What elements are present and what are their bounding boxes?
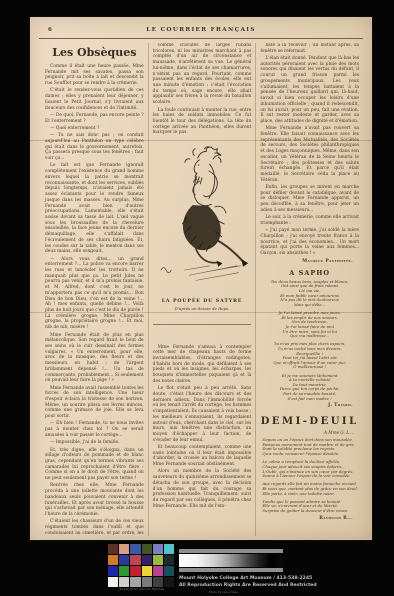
paragraph: Et, très digne, elle s'éloigna, dans un …	[45, 448, 144, 482]
paragraph: L'élan était donné. Pendant que là-bas l…	[260, 56, 359, 125]
article-signature: Maurice Pasthotte.	[260, 259, 353, 264]
paragraph: — Impossible, j'ai de la famille.	[45, 440, 144, 446]
paragraph: C'était le rendez-vous quotidien de ces …	[45, 88, 144, 111]
color-patch	[130, 577, 140, 587]
paragraph: — Tu ne sais donc pas ; on conduit aujou…	[45, 133, 144, 162]
poem1-body: Tes deux beaux bras, souples et blancs,O…	[260, 280, 359, 401]
satyr-figure: LA POUPÉE DU SATYRE D'après un dessin de…	[153, 139, 252, 325]
paragraph: C'étaient les chasseurs d'un de ces vieu…	[45, 519, 144, 536]
color-patch	[142, 544, 152, 554]
color-patch	[164, 555, 174, 565]
artist-monogram	[161, 268, 171, 273]
poem-line: S'est fait mon maître !	[260, 397, 359, 402]
paragraph: La foule continuait à monter la rue, ent…	[153, 108, 252, 137]
color-calibration-chart: Kodak Color Control Patches	[108, 544, 176, 591]
color-patch	[142, 566, 152, 576]
article-body-middle-top: comme cravates de larges rubans tricolor…	[153, 43, 252, 136]
color-patch	[164, 544, 174, 554]
paragraph: Comme il était une heure passée, Mme Fer…	[45, 64, 144, 87]
column-right: hâte à la recevoir ; un instant après, s…	[255, 43, 363, 536]
article-body-middle-bottom: Mme Fernande s'amusa à contempler cette …	[153, 345, 252, 510]
color-patch	[119, 555, 129, 565]
photo-credit: Photo by Laura Shea	[209, 590, 384, 594]
paragraph: Mme Fernande s'amusa à contempler cette …	[153, 345, 252, 385]
paragraph: Rentrée chez elle, Mme Fernande procéda …	[45, 483, 144, 517]
color-control-patches	[108, 544, 174, 587]
museum-credit-line1: Mount Holyoke College Art Museum / 413-5…	[179, 575, 384, 582]
color-patch	[153, 555, 163, 565]
scanned-newspaper-photo: 6 LE COURRIER FRANÇAIS Les Obsèques Comm…	[0, 0, 394, 596]
paragraph: hâte à la recevoir ; un instant après, s…	[260, 43, 359, 54]
color-patch	[153, 577, 163, 587]
paragraph: — Alors vous dites... un grand enterreme…	[45, 257, 144, 331]
poem2-signature: Raymond R...	[260, 516, 353, 521]
color-patch	[164, 577, 174, 587]
color-patch	[142, 577, 152, 587]
newspaper-page: 6 LE COURRIER FRANÇAIS Les Obsèques Comm…	[30, 17, 372, 540]
poem-line: Surprise de goûter la douceur d'être veu…	[262, 509, 359, 514]
color-patch	[119, 566, 129, 576]
columns: Les Obsèques Comme il était une heure pa…	[41, 43, 363, 536]
paragraph: — De quoi, Fernande, pas encore peinte ?…	[45, 113, 144, 124]
paragraph: Le soir, à la crémerie, comme elle arriv…	[260, 215, 359, 226]
paragraph: Le fait est que Fernande ignorait complè…	[45, 163, 144, 255]
color-patch	[130, 566, 140, 576]
paragraph: Mme Fernande était de plus en plus mélan…	[45, 333, 144, 384]
paragraph: Le flot s'était peu à peu arrêté. Sans d…	[153, 386, 252, 443]
article-title: Les Obsèques	[45, 46, 144, 59]
grayscale-frame-top	[179, 549, 283, 553]
color-patch	[119, 577, 129, 587]
paragraph: — Quel enterrement ?	[45, 126, 144, 132]
color-patch	[130, 555, 140, 565]
paragraph: Mme Fernande n'avait pas rouvert sa fenê…	[260, 126, 359, 183]
paragraph: Et beaucoup contemplaient, comme une oas…	[153, 445, 252, 468]
paragraph: Alors un membre de la Société des sauvet…	[153, 469, 252, 509]
paragraph: Enfin, les groupes se mirent en marche p…	[260, 185, 359, 214]
poem1-title: A SAPHO	[260, 269, 359, 277]
paragraph: Mme Fernande avait rassemblé toutes les …	[45, 386, 144, 420]
color-patch	[130, 544, 140, 554]
article-body-left: Comme il était une heure passée, Mme Fer…	[45, 64, 144, 536]
paragraph: — Eh bien ! Fernande, tu ne nous invites…	[45, 421, 144, 438]
figure-caption: LA POUPÉE DU SATYRE	[153, 299, 252, 304]
grayscale-frame-bottom	[179, 568, 283, 572]
color-patch	[164, 566, 174, 576]
poem2-dedication: A Mme G. L...	[260, 430, 353, 435]
grayscale-calibration-bar	[179, 549, 283, 572]
museum-credits: Mount Holyoke College Art Museum / 413-5…	[179, 575, 384, 594]
poem-line: Donne à l'Amour l'espoir de la voir cons…	[262, 474, 359, 479]
column-middle: comme cravates de larges rubans tricolor…	[148, 43, 256, 536]
color-patch	[108, 555, 118, 565]
grayscale-gradient	[179, 554, 283, 567]
article-body-right: hâte à la recevoir ; un instant après, s…	[260, 43, 359, 257]
museum-credit-line2: All Reproduction Rights Are Reserved And…	[179, 582, 384, 589]
masthead-rule	[39, 38, 363, 39]
color-patch	[119, 544, 129, 554]
poem2-title: DEMI-DEUIL	[260, 416, 359, 427]
color-patch	[108, 566, 118, 576]
color-patch	[108, 577, 118, 587]
poem2-body: Depuis un an l'époux dort dans son mauso…	[260, 438, 359, 513]
color-patch	[108, 544, 118, 554]
satyr-illustration	[155, 139, 249, 297]
color-patch	[153, 544, 163, 554]
masthead-title: LE COURRIER FRANÇAIS	[30, 27, 372, 33]
section-rule	[153, 324, 252, 325]
color-chart-caption: Kodak Color Control Patches	[108, 588, 176, 591]
color-patch	[142, 555, 152, 565]
figure-credit: D'après un dessin de Rops.	[153, 306, 252, 311]
color-patch	[153, 566, 163, 576]
paragraph: comme cravates de larges rubans tricolor…	[153, 43, 252, 106]
poem1-signature: J. Triard.	[260, 403, 353, 408]
paragraph: « J'ai payé mon terme, j'ai soldé la mèr…	[260, 228, 359, 257]
column-left: Les Obsèques Comme il était une heure pa…	[41, 43, 148, 536]
